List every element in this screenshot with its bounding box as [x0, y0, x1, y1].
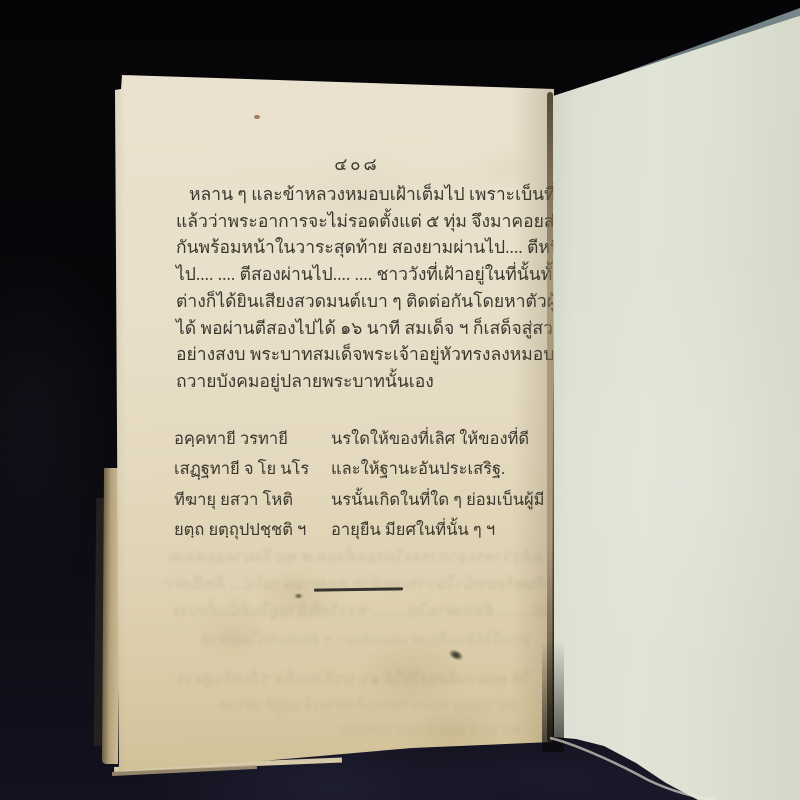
- paragraph-line: แล้วว่าพระอาการจะไม่รอดตั้งแต่ ๕ ทุ่ม จึ…: [176, 208, 537, 235]
- verse-row: ยตฺถ ยตฺถุปปชฺชติ ฯ อายุยืน มียศในที่นั้…: [174, 515, 546, 545]
- ghost-text-line: อย่างสงบ พระบาทสมเด็จพระเจ้าอยู่หัวทรงลง…: [217, 693, 517, 718]
- page-curl-highlight: [548, 726, 718, 800]
- paragraph-line: ไป.... .... ตีสองผ่านไป.... .... ชาววังท…: [176, 261, 537, 288]
- paragraph-line: กันพร้อมหน้าในวาระสุดท้าย สองยามผ่านไป..…: [176, 234, 537, 261]
- right-page: [540, 0, 800, 800]
- verse-row: อคฺคทายี วรทายี นรใดให้ของที่เลิศ ให้ของ…: [174, 424, 546, 454]
- verse-row: เสฏฺฐทายี จ โย นโร และให้ฐานะอันประเสริฐ…: [174, 454, 546, 484]
- body-paragraph: หลาน ๆ และข้าหลวงหมอบเฝ้าเต็มไป เพราะเบ็…: [176, 181, 537, 395]
- paragraph-line: หลาน ๆ และข้าหลวงหมอบเฝ้าเต็มไป เพราะเบ็…: [176, 181, 537, 208]
- verse-row: ทีฆายุ ยสวา โหติ นรนั้นเกิดในที่ใด ๆ ย่อ…: [174, 485, 546, 515]
- verse-pali: ทีฆายุ ยสวา โหติ: [174, 485, 331, 515]
- ghost-text-line: หลาน ๆ และข้าหลวงหมอบเฝ้าเต็มไป เพราะเบ็…: [337, 717, 522, 742]
- ghost-text-line: ไป.... .... ตีสองผ่านไป.... .... ชาววังท…: [160, 599, 552, 624]
- paragraph-line: อย่างสงบ พระบาทสมเด็จพระเจ้าอยู่หัวทรงลง…: [176, 341, 537, 368]
- ghost-text-line: กันพร้อมหน้าในวาระสุดท้าย สองยามผ่านไป..…: [164, 572, 546, 597]
- verse-translation: อายุยืน มียศในที่นั้น ๆ ฯ: [331, 515, 546, 545]
- verse-block: อคฺคทายี วรทายี นรใดให้ของที่เลิศ ให้ของ…: [174, 424, 546, 545]
- verse-translation: นรใดให้ของที่เลิศ ให้ของที่ดี: [331, 424, 546, 454]
- ghost-text-line: ได้ พอผ่านตีสองไปได้ ๑๖ นาที สมเด็จ ฯ ก็…: [178, 667, 530, 692]
- page-stack-edge-left: [102, 468, 120, 764]
- verse-translation: และให้ฐานะอันประเสริฐ.: [331, 454, 546, 484]
- page-number: ๔๐๘: [178, 151, 536, 178]
- ghost-text-line: ต่างก็ได้ยินเสียงสวดมนต์เบา ๆ ติดต่อกันโ…: [200, 628, 530, 653]
- left-page: แล้วว่าพระอาการจะไม่รอดตั้งแต่ ๕ ทุ่ม จึ…: [112, 75, 554, 775]
- paragraph-line: ได้ พอผ่านตีสองไปได้ ๑๖ นาที สมเด็จ ฯ ก็…: [176, 315, 537, 342]
- verse-pali: อคฺคทายี วรทายี: [174, 424, 331, 454]
- paragraph-line: ถวายบังคมอยู่ปลายพระบาทนั้นเอง: [176, 368, 537, 395]
- verse-translation: นรนั้นเกิดในที่ใด ๆ ย่อมเบ็นผู้มี: [331, 485, 546, 515]
- verse-pali: ยตฺถ ยตฺถุปปชฺชติ ฯ: [174, 515, 331, 545]
- ghost-text-line: แล้วว่าพระอาการจะไม่รอดตั้งแต่ ๕ ทุ่ม จึ…: [170, 545, 542, 570]
- ink-smudge: [294, 593, 303, 599]
- paragraph-line: ต่างก็ได้ยินเสียงสวดมนต์เบา ๆ ติดต่อกันโ…: [176, 288, 537, 315]
- paper-fleck: [254, 115, 260, 119]
- book-photo-scene: แล้วว่าพระอาการจะไม่รอดตั้งแต่ ๕ ทุ่ม จึ…: [0, 0, 800, 800]
- verse-pali: เสฏฺฐทายี จ โย นโร: [174, 454, 331, 484]
